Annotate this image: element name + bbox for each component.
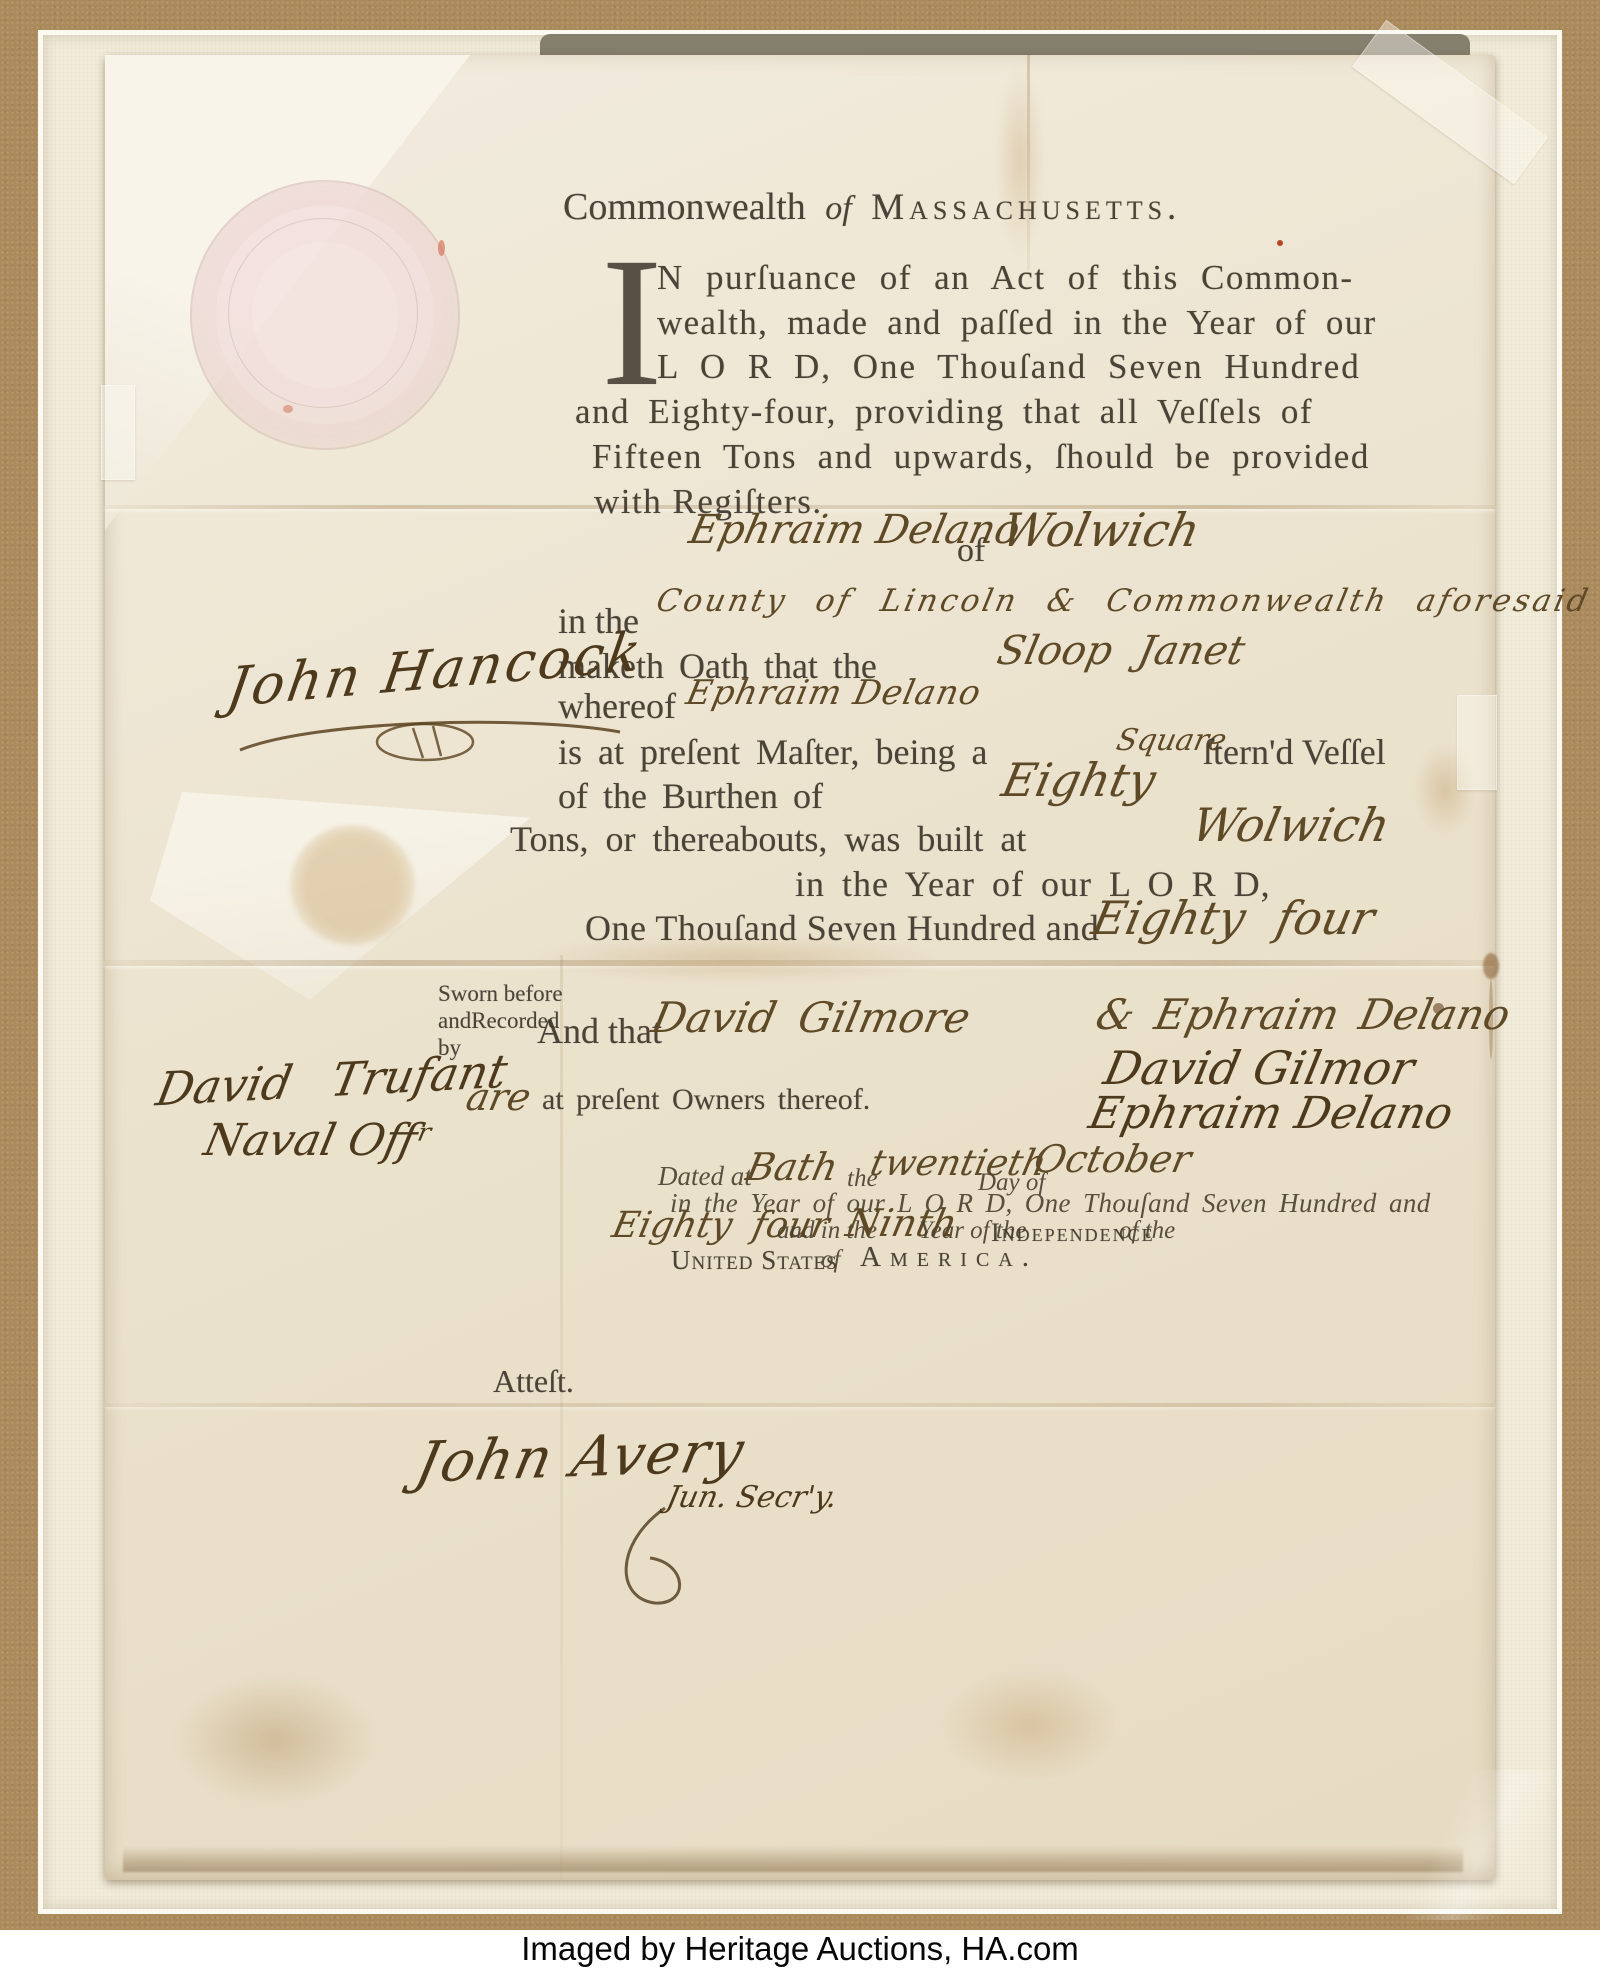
- embossed-seal-ring: [228, 218, 418, 408]
- seal-red-speck: [283, 405, 293, 413]
- ship-register-document: Commonwealth of Massachusetts. I N purſu…: [105, 55, 1495, 1880]
- body-line-1: N purſuance of an Act of this Common-: [657, 258, 1353, 298]
- stain: [175, 1675, 375, 1805]
- stern-vessel-label: ſtern'd Veſſel: [1203, 731, 1386, 773]
- tape-remnant: [1457, 695, 1497, 790]
- dated-place-entry: Bath: [742, 1145, 842, 1189]
- wafer-seal-stain: [290, 825, 415, 945]
- vessel-name-entry: Sloop Janet: [993, 628, 1249, 674]
- gilmore-signature: David Gilmor: [1099, 1041, 1419, 1095]
- caption-text: Imaged by Heritage Auctions, HA.com: [521, 1930, 1079, 1967]
- title-state: Massachusetts.: [871, 187, 1181, 228]
- burthen-label: of the Burthen of: [558, 775, 823, 817]
- body-line-3: L O R D, One Thouſand Seven Hundred: [657, 347, 1361, 387]
- body-line-2: wealth, made and paſſed in the Year of o…: [657, 303, 1376, 343]
- title-commonwealth: Commonwealth: [563, 186, 806, 228]
- year-line-label: One Thouſand Seven Hundred and: [585, 907, 1099, 949]
- built-place-entry: Wolwich: [1187, 798, 1395, 852]
- of-the-label: of the: [1119, 1217, 1175, 1245]
- united-states-label: United States: [671, 1245, 838, 1276]
- body-line-5: Fifteen Tons and upwards, ſhould be prov…: [592, 437, 1370, 477]
- naval-officer-title: Naval Offʳ: [200, 1115, 437, 1166]
- seal-red-speck: [438, 240, 445, 256]
- framed-photo: Commonwealth of Massachusetts. I N purſu…: [0, 0, 1600, 1930]
- county-entry: County of Lincoln & Commonwealth aforesa…: [653, 583, 1594, 619]
- delano-signature: Ephraim Delano: [1085, 1088, 1458, 1139]
- drop-cap: I: [601, 251, 663, 395]
- avery-flourish: [575, 1503, 735, 1613]
- present-owners-label: at preſent Owners thereof.: [542, 1083, 870, 1117]
- of-america-of: of: [821, 1246, 840, 1274]
- stain: [945, 1670, 1115, 1780]
- built-at-label: Tons, or thereabouts, was built at: [510, 818, 1026, 860]
- burthen-entry: Eighty: [997, 753, 1160, 807]
- red-dot: [1277, 240, 1283, 246]
- month-entry: October: [1030, 1137, 1195, 1181]
- sworn-before-line: Sworn before: [438, 981, 563, 1007]
- owner-place-entry: Wolwich: [997, 503, 1205, 557]
- owners-names-entry: David Gilmore: [648, 993, 975, 1042]
- title-of: of: [825, 190, 851, 227]
- embossed-seal: [190, 180, 460, 450]
- and-that-label: And that: [537, 1010, 662, 1052]
- glass-reflection: [1340, 1770, 1600, 1920]
- trufant-signature: David Trufant: [152, 1044, 512, 1117]
- bottom-edge-stain: [123, 1846, 1463, 1872]
- attest-label: Atteſt.: [493, 1363, 574, 1400]
- caption-bar: Imaged by Heritage Auctions, HA.com: [0, 1930, 1600, 1968]
- tape-remnant: [101, 385, 135, 480]
- owners-names-entry-2: & Ephraim Delano: [1092, 990, 1515, 1039]
- america-label: America.: [860, 1241, 1038, 1274]
- year-entry: Eighty four: [1087, 891, 1379, 945]
- hancock-flourish: [235, 710, 635, 780]
- whereof-name-entry: Ephraim Delano: [683, 673, 985, 713]
- fold-line: [105, 1403, 1495, 1407]
- ink-drip-stain: [1483, 953, 1499, 979]
- body-line-4: and Eighty-four, providing that all Veſſ…: [575, 392, 1313, 432]
- of-label: of: [957, 532, 985, 570]
